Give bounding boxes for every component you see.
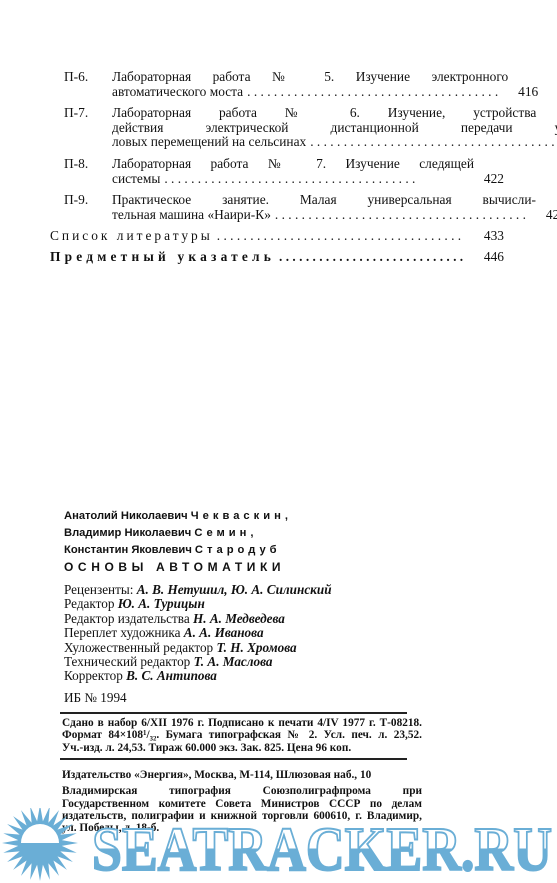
toc-entry-index: Предметный указатель446 bbox=[50, 250, 474, 265]
leader-dots bbox=[310, 135, 557, 150]
author-given-name: Константин Яковлевич bbox=[64, 544, 192, 556]
credit-name: В. С. Антипова bbox=[126, 668, 217, 683]
author-surname: Семин, bbox=[194, 527, 257, 539]
credit-role: Технический редактор bbox=[64, 654, 190, 669]
toc-entry: П-8. Лабораторная работа № 7. Изучение с… bbox=[64, 157, 474, 186]
toc-entry-line: автоматического моста bbox=[112, 85, 243, 100]
credit-line: Корректор В. С. Антипова bbox=[64, 669, 332, 683]
toc-entry-line: Лабораторная работа № 6. Изучение, устро… bbox=[112, 106, 557, 121]
toc-page-number: 416 bbox=[498, 85, 538, 100]
credit-line: Редактор Ю. А. Турицын bbox=[64, 597, 332, 611]
credit-name: Т. А. Маслова bbox=[194, 654, 273, 669]
table-of-contents: П-6. Лабораторная работа № 5. Изучение э… bbox=[64, 70, 474, 271]
credit-role: Рецензенты: bbox=[64, 582, 133, 597]
credit-name: Ю. А. Турицын bbox=[118, 596, 205, 611]
credit-line: Редактор издательства Н. А. Медведева bbox=[64, 612, 332, 626]
credit-name: А. В. Нетушил, Ю. А. Силинский bbox=[137, 582, 332, 597]
toc-entry-label: Предметный указатель bbox=[50, 250, 275, 265]
toc-page-number: 433 bbox=[464, 229, 504, 244]
author: Владимир Николаевич Семин, bbox=[64, 525, 292, 542]
leader-dots bbox=[279, 250, 464, 265]
toc-entry-line: ловых перемещений на сельсинах bbox=[112, 135, 306, 150]
toc-page-number: 425 bbox=[526, 208, 557, 223]
ib-number: ИБ № 1994 bbox=[64, 690, 127, 706]
credit-name: А. А. Иванова bbox=[184, 625, 264, 640]
toc-entry-line: Практическое занятие. Малая универсальна… bbox=[112, 193, 536, 208]
leader-dots bbox=[217, 229, 464, 244]
toc-entry-number: П-8. bbox=[64, 157, 112, 186]
imprint-line: Сдано в набор 6/XII 1976 г. Подписано к … bbox=[62, 717, 422, 729]
credit-line: Технический редактор Т. А. Маслова bbox=[64, 655, 332, 669]
toc-entry: П-6. Лабораторная работа № 5. Изучение э… bbox=[64, 70, 474, 99]
credit-line: Переплет художника А. А. Иванова bbox=[64, 626, 332, 640]
watermark-logo: SEATRACKER.RU bbox=[0, 808, 557, 883]
toc-entry-line: тельная машина «Наири-К» bbox=[112, 208, 271, 223]
authors-block: Анатолий Николаевич Чекваскин, Владимир … bbox=[64, 508, 292, 576]
imprint-line: Формат 84×108¹/₃₂. Бумага типографская №… bbox=[62, 729, 422, 741]
credit-name: Н. А. Медведева bbox=[193, 611, 285, 626]
divider bbox=[60, 712, 407, 714]
toc-page-number: 446 bbox=[464, 250, 504, 265]
credit-role: Хуложественный редактор bbox=[64, 640, 213, 655]
credit-role: Корректор bbox=[64, 668, 123, 683]
leader-dots bbox=[247, 85, 498, 100]
imprint-block: Сдано в набор 6/XII 1976 г. Подписано к … bbox=[62, 717, 422, 754]
publisher-line: Издательство «Энергия», Москва, М-114, Ш… bbox=[62, 769, 422, 781]
author-surname: Чекваскин, bbox=[191, 510, 292, 522]
toc-entry-label: Список литературы bbox=[50, 229, 213, 244]
toc-entry-number: П-6. bbox=[64, 70, 112, 99]
toc-page-number: 422 bbox=[464, 172, 504, 187]
author-given-name: Анатолий Николаевич bbox=[64, 510, 188, 522]
toc-entry-line: Лабораторная работа № 7. Изучение следящ… bbox=[112, 157, 474, 172]
imprint-line: Уч.-изд. л. 24,53. Тираж 60.000 экз. Зак… bbox=[62, 742, 422, 754]
credit-name: Т. Н. Хромова bbox=[216, 640, 296, 655]
toc-entry-line: системы bbox=[112, 172, 160, 187]
author: Анатолий Николаевич Чекваскин, bbox=[64, 508, 292, 525]
author: Константин Яковлевич Стародуб bbox=[64, 542, 292, 559]
author-surname: Стародуб bbox=[195, 544, 281, 556]
toc-entry-line: действия электрической дистанционной пер… bbox=[112, 121, 557, 136]
credit-line: Рецензенты: А. В. Нетушил, Ю. А. Силинск… bbox=[64, 583, 332, 597]
svg-text:SEATRACKER.RU: SEATRACKER.RU bbox=[92, 816, 552, 883]
divider bbox=[60, 758, 407, 760]
toc-entry: П-9. Практическое занятие. Малая универс… bbox=[64, 193, 474, 222]
book-title: ОСНОВЫ АВТОМАТИКИ bbox=[64, 559, 292, 576]
credit-role: Редактор издательства bbox=[64, 611, 190, 626]
credit-line: Хуложественный редактор Т. Н. Хромова bbox=[64, 641, 332, 655]
toc-entry-number: П-7. bbox=[64, 106, 112, 150]
credit-role: Переплет художника bbox=[64, 625, 181, 640]
author-given-name: Владимир Николаевич bbox=[64, 527, 191, 539]
credits-block: Рецензенты: А. В. Нетушил, Ю. А. Силинск… bbox=[64, 583, 332, 684]
sun-icon bbox=[2, 808, 78, 881]
toc-entry-number: П-9. bbox=[64, 193, 112, 222]
toc-entry: П-7. Лабораторная работа № 6. Изучение, … bbox=[64, 106, 474, 150]
leader-dots bbox=[275, 208, 526, 223]
leader-dots bbox=[164, 172, 464, 187]
toc-entry-bibliography: Список литературы433 bbox=[50, 229, 474, 244]
credit-role: Редактор bbox=[64, 596, 114, 611]
toc-entry-line: Лабораторная работа № 5. Изучение электр… bbox=[112, 70, 508, 85]
